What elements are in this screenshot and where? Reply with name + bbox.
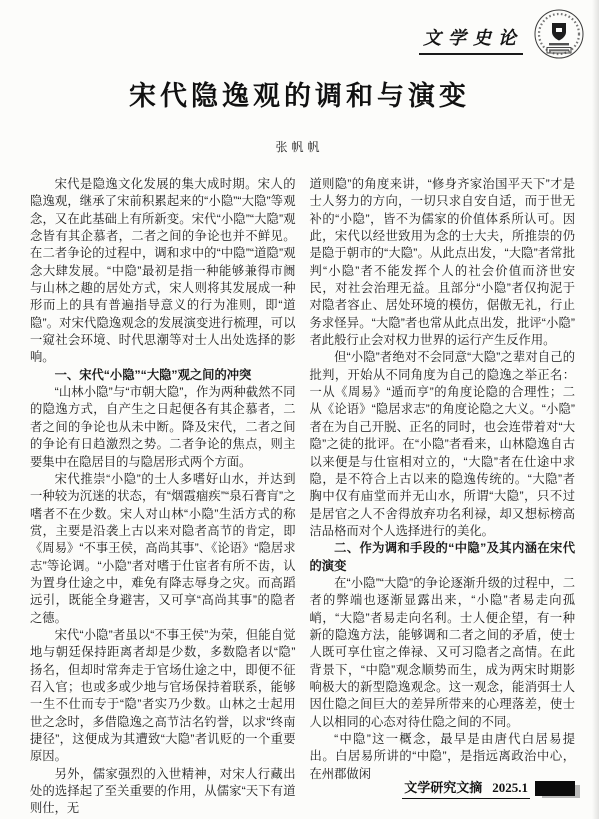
footer-journal-title: 文学研究文摘 <box>404 777 482 796</box>
body-paragraph: “中隐”这一概念，最早是由唐代白居易提出。白居易所讲的“中隐”，是指远离政治中心… <box>310 731 576 783</box>
body-paragraph: 宋代是隐逸文化发展的集大成时期。宋人的隐逸观，继承了宋前积累起来的“小隐”“大隐… <box>30 176 296 367</box>
page-footer: 文学研究文摘 2025.1 <box>402 777 575 799</box>
author-name: 张帆帆 <box>0 138 599 155</box>
body-paragraph: 宋代“小隐”者虽以“不事王侯”为荣，但能自觉地与朝廷保持距离者却是少数，多数隐者… <box>30 627 296 766</box>
body-paragraph: 道则隐”的角度来讲，“修身齐家治国平天下”才是士人努力的方向，一切只求自安自适，… <box>310 176 576 349</box>
journal-page: 文学史论 宋代隐逸观的调和与演变 张帆帆 宋代是隐逸文化发展的集大成时期。宋人的… <box>0 0 599 819</box>
body-paragraph: 在“小隐”“大隐”的争论逐渐升级的过程中，二者的弊端也逐渐显露出来，“小隐”者易… <box>310 575 576 731</box>
right-column: 道则隐”的角度来讲，“修身齐家治国平天下”才是士人努力的方向，一切只求自安自适，… <box>310 176 576 818</box>
journal-seal-icon <box>531 8 587 64</box>
body-paragraph: 另外，儒家强烈的入世精神，对宋人行藏出处的选择起了至关重要的作用，从儒家“天下有… <box>30 766 296 818</box>
left-column: 宋代是隐逸文化发展的集大成时期。宋人的隐逸观，继承了宋前积累起来的“小隐”“大隐… <box>30 176 296 818</box>
body-paragraph: 但“小隐”者绝对不会同意“大隐”之辈对自己的批判，开始从不同角度为自己的隐逸之举… <box>310 349 576 540</box>
section-heading: 一、宋代“小隐”“大隐”观之间的冲突 <box>30 367 296 384</box>
page-number-redaction <box>535 781 575 796</box>
page-header: 文学史论 <box>419 8 587 64</box>
section-heading: 二、作为调和手段的“中隐”及其内涵在宋代的演变 <box>310 540 576 575</box>
body-paragraph: “山林小隐”与“市朝大隐”，作为两种截然不同的隐逸方式，自产生之日起便各有其企慕… <box>30 384 296 471</box>
journal-section-title: 文学史论 <box>419 24 523 55</box>
article-body: 宋代是隐逸文化发展的集大成时期。宋人的隐逸观，继承了宋前积累起来的“小隐”“大隐… <box>0 155 599 818</box>
footer-journal-line: 文学研究文摘 2025.1 <box>402 777 530 799</box>
body-paragraph: 宋代推崇“小隐”的士人多嗜好山水，并达到一种较为沉迷的状态，有“烟霞痼疾”“泉石… <box>30 471 296 627</box>
article-title: 宋代隐逸观的调和与演变 <box>0 74 599 113</box>
footer-issue: 2025.1 <box>492 780 528 796</box>
